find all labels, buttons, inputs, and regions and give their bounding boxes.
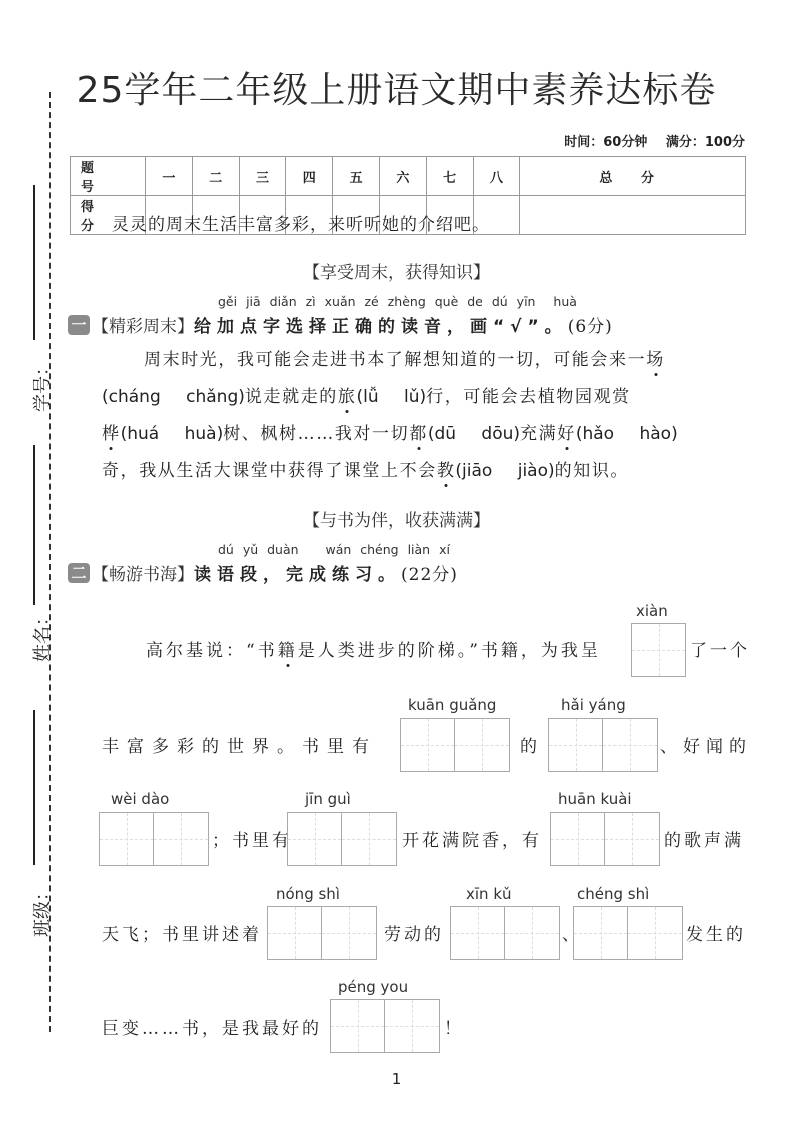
header-label: 题 号 xyxy=(71,157,146,196)
writing-cell[interactable] xyxy=(505,906,560,960)
answer-box-haiyang[interactable] xyxy=(548,718,658,772)
writing-cell[interactable] xyxy=(330,999,385,1053)
answer-box-nongshi[interactable] xyxy=(267,906,377,960)
pinyin-choice[interactable]: (huá huà) xyxy=(121,424,224,444)
text: 树、枫树……我对一切 xyxy=(223,424,409,444)
score-cell-total[interactable] xyxy=(520,196,746,235)
box-pinyin: nóng shì xyxy=(276,885,340,903)
col-total: 总 分 xyxy=(520,157,746,196)
box-pinyin: péng you xyxy=(338,978,408,996)
text: 奇，我从生活大课堂中获得了课堂上不会 xyxy=(102,461,437,481)
question-tag: 【畅游书海】 xyxy=(92,560,194,585)
writing-cell[interactable] xyxy=(450,906,505,960)
writing-cell[interactable] xyxy=(287,812,342,866)
writing-cell[interactable] xyxy=(455,718,510,772)
writing-cell[interactable] xyxy=(154,812,209,866)
text: 充满 xyxy=(520,424,557,444)
text: 、好闻的 xyxy=(660,732,752,757)
col-4: 四 xyxy=(286,157,333,196)
question-number-badge: 二 xyxy=(68,563,90,583)
passage-text: 高尔基说：“书籍是人类进步的阶梯。”书籍，为我呈 xyxy=(146,636,601,661)
exam-meta: 时间：60分钟 满分：100分 xyxy=(550,131,745,150)
question-instruction: 给加点字选择正确的读音，画“√”。 xyxy=(194,312,568,337)
question-score: (6分) xyxy=(568,312,613,337)
section-heading-2: 【与书为伴，收获满满】 xyxy=(0,506,793,531)
para-line: (cháng chǎng)说走就走的旅(lǚ lǔ)行，可能会去植物园观赏 xyxy=(102,379,752,416)
name-line[interactable] xyxy=(33,710,35,865)
col-7: 七 xyxy=(426,157,473,196)
text: 了一个 xyxy=(690,636,750,661)
box-pinyin: chéng shì xyxy=(577,885,649,903)
text: 的 xyxy=(520,732,540,757)
text: 周末时光，我可能会走进书本了解想知道的一切，可能会来一 xyxy=(144,350,646,370)
question-tag: 【精彩周末】 xyxy=(92,312,194,337)
intro-text: 灵灵的周末生活丰富多彩，来听听她的介绍吧。 xyxy=(112,210,490,235)
question-2-pinyin: dú yǔ duàn wán chéng liàn xí xyxy=(218,542,450,557)
text: 开花满院香，有 xyxy=(402,826,542,851)
col-1: 一 xyxy=(146,157,193,196)
para-line: 桦(huá huà)树、枫树……我对一切都(dū dōu)充满好(hǎo hào… xyxy=(102,416,752,453)
question-2: 二 【畅游书海】 读语段，完成练习。 (22分) xyxy=(68,560,458,585)
answer-box-jingui[interactable] xyxy=(287,812,397,866)
para-line: 奇，我从生活大课堂中获得了课堂上不会教(jiāo jiào)的知识。 xyxy=(102,453,752,490)
text: 高尔基说：“书 xyxy=(146,641,278,661)
text: 丰富多彩的世界。书里有 xyxy=(102,732,377,757)
writing-cell[interactable] xyxy=(573,906,628,960)
writing-cell[interactable] xyxy=(99,812,154,866)
text: 的知识。 xyxy=(555,461,629,481)
box-pinyin: jīn guì xyxy=(305,790,351,808)
writing-cell[interactable] xyxy=(322,906,377,960)
col-5: 五 xyxy=(333,157,380,196)
box-pinyin: xiàn xyxy=(636,602,668,620)
col-6: 六 xyxy=(379,157,426,196)
question-number-badge: 一 xyxy=(68,315,90,335)
answer-box-pengyou[interactable] xyxy=(330,999,440,1053)
section-heading-1: 【享受周末，获得知识】 xyxy=(0,258,793,283)
class-label: 班级： xyxy=(28,883,54,937)
page-title: 25学年二年级上册语文期中素养达标卷 xyxy=(0,62,793,113)
pinyin-choice[interactable]: (cháng chǎng) xyxy=(102,387,245,407)
writing-cell[interactable] xyxy=(550,812,605,866)
text: 劳动的 xyxy=(384,920,444,945)
dotted-char: 教 xyxy=(437,461,456,481)
writing-cell[interactable] xyxy=(385,999,440,1053)
answer-box-xian[interactable] xyxy=(631,623,686,677)
score-table-header-row: 题 号 一 二 三 四 五 六 七 八 总 分 xyxy=(71,157,746,196)
box-pinyin: wèi dào xyxy=(111,790,169,808)
text: 天飞；书里讲述着 xyxy=(102,920,262,945)
question-score: (22分) xyxy=(401,560,458,585)
text: 的歌声满 xyxy=(664,826,744,851)
pinyin-choice[interactable]: (jiāo jiào) xyxy=(455,461,554,481)
text: 巨变……书，是我最好的 xyxy=(102,1014,322,1039)
col-3: 三 xyxy=(239,157,286,196)
page-number: 1 xyxy=(0,1070,793,1088)
writing-cell[interactable] xyxy=(631,623,686,677)
text: 是人类进步的阶梯。”书籍，为我呈 xyxy=(298,641,601,661)
question-1: 一 【精彩周末】 给加点字选择正确的读音，画“√”。 (6分) xyxy=(68,312,613,337)
question-1-pinyin: gěi jiā diǎn zì xuǎn zé zhèng què de dú … xyxy=(218,294,577,309)
question-instruction: 读语段，完成练习。 xyxy=(194,560,401,585)
dotted-char: 场 xyxy=(646,350,665,370)
writing-cell[interactable] xyxy=(628,906,683,960)
writing-cell[interactable] xyxy=(342,812,397,866)
dotted-char: 桦 xyxy=(102,424,121,444)
writing-cell[interactable] xyxy=(603,718,658,772)
pinyin-choice[interactable]: (dū dōu) xyxy=(428,424,520,444)
box-pinyin: huān kuài xyxy=(558,790,632,808)
pinyin-choice[interactable]: (hǎo hào) xyxy=(576,424,678,444)
dotted-char: 旅 xyxy=(338,387,357,407)
exam-time: 时间：60分钟 xyxy=(564,135,647,150)
text: 发生的 xyxy=(686,920,746,945)
text: ！ xyxy=(444,1014,464,1039)
answer-box-kuanguang[interactable] xyxy=(400,718,510,772)
writing-cell[interactable] xyxy=(400,718,455,772)
reading-paragraph-1: 周末时光，我可能会走进书本了解想知道的一切，可能会来一场 (cháng chǎn… xyxy=(102,342,752,490)
answer-box-xinku[interactable] xyxy=(450,906,560,960)
answer-box-chengshi[interactable] xyxy=(573,906,683,960)
text: ；书里有 xyxy=(212,826,292,851)
exam-full-score: 满分：100分 xyxy=(666,135,745,150)
pinyin-choice[interactable]: (lǚ lǔ) xyxy=(357,387,427,407)
para-line: 周末时光，我可能会走进书本了解想知道的一切，可能会来一场 xyxy=(102,342,752,379)
dotted-char: 都 xyxy=(409,424,428,444)
dotted-char: 好 xyxy=(557,424,576,444)
text: 说走就走的 xyxy=(245,387,338,407)
writing-cell[interactable] xyxy=(548,718,603,772)
box-pinyin: hǎi yáng xyxy=(561,696,626,714)
writing-cell[interactable] xyxy=(267,906,322,960)
col-8: 八 xyxy=(473,157,520,196)
dotted-char: 籍 xyxy=(278,641,298,661)
col-2: 二 xyxy=(192,157,239,196)
answer-box-weidao[interactable] xyxy=(99,812,209,866)
box-pinyin: kuān guǎng xyxy=(408,696,496,714)
writing-cell[interactable] xyxy=(605,812,660,866)
box-pinyin: xīn kǔ xyxy=(466,885,512,903)
name-label: 姓名： xyxy=(28,608,54,662)
student-id-label: 学号： xyxy=(28,358,54,412)
text: 行，可能会去植物园观赏 xyxy=(426,387,631,407)
answer-box-huankuai[interactable] xyxy=(550,812,660,866)
